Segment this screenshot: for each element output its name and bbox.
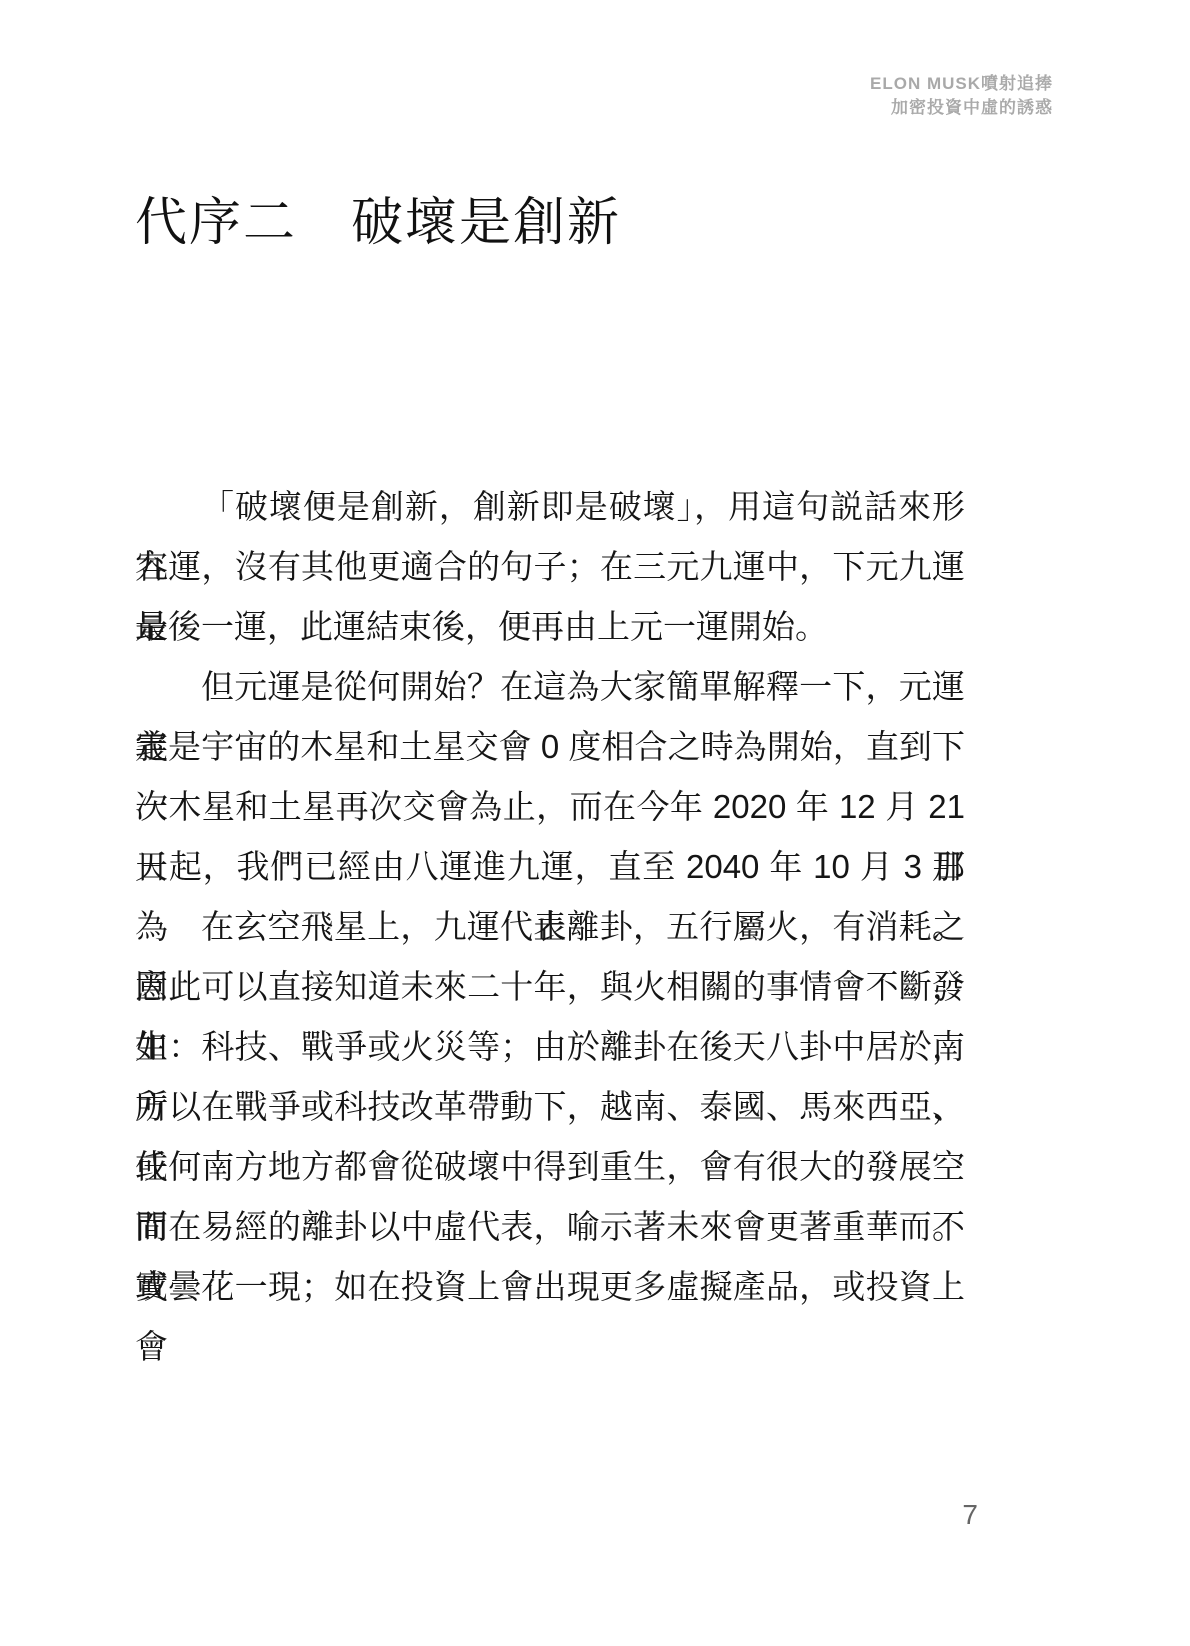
body-line: 而在易經的離卦以中虛代表，喻示著未來會更著重華而不實 [135, 1197, 965, 1257]
book-page: ELON MUSK噴射追捧 加密投資中虛的誘惑 代序二 破壞是創新 「破壞便是創… [0, 0, 1190, 1646]
running-header: ELON MUSK噴射追捧 加密投資中虛的誘惑 [870, 72, 1053, 120]
body-line: 因此可以直接知道未來二十年，與火相關的事情會不斷發生， [135, 957, 965, 1017]
body-line: 「破壞便是創新，創新即是破壞」，用這句説話來形容 [135, 477, 965, 537]
page-number: 7 [962, 1497, 978, 1533]
running-header-line1: ELON MUSK噴射追捧 [870, 72, 1053, 96]
body-line: 任何南方地方都會從破壞中得到重生，會有很大的發展空間。 [135, 1137, 965, 1197]
body-line: 或曇花一現；如在投資上會出現更多虛擬產品，或投資上會 [135, 1257, 965, 1317]
body-line: 最後一運，此運結束後，便再由上元一運開始。 [135, 597, 965, 657]
body-line: 所以在戰爭或科技改革帶動下，越南、泰國、馬來西亞、或 [135, 1077, 965, 1137]
chapter-title: 代序二 破壞是創新 [135, 186, 1035, 260]
body-text: 「破壞便是創新，創新即是破壞」，用這句説話來形容 九運，沒有其他更適合的句子；在… [135, 477, 965, 1317]
body-line: 天起，我們已經由八運進九運，直至 2040 年 10 月 3 日為止。 [135, 837, 965, 897]
body-line: 九運，沒有其他更適合的句子；在三元九運中，下元九運是 [135, 537, 965, 597]
body-line: 義是宇宙的木星和土星交會 0 度相合之時為開始，直到下一 [135, 717, 965, 777]
body-line: 在玄空飛星上，九運代表離卦，五行屬火，有消耗之意， [135, 897, 965, 957]
body-line: 但元運是從何開始？在這為大家簡單解釋一下，元運定 [135, 657, 965, 717]
body-line: 次木星和土星再次交會為止，而在今年 2020 年 12 月 21 日那 [135, 777, 965, 837]
body-line: 如：科技、戰爭或火災等；由於離卦在後天八卦中居於南方， [135, 1017, 965, 1077]
running-header-line2: 加密投資中虛的誘惑 [870, 96, 1053, 120]
